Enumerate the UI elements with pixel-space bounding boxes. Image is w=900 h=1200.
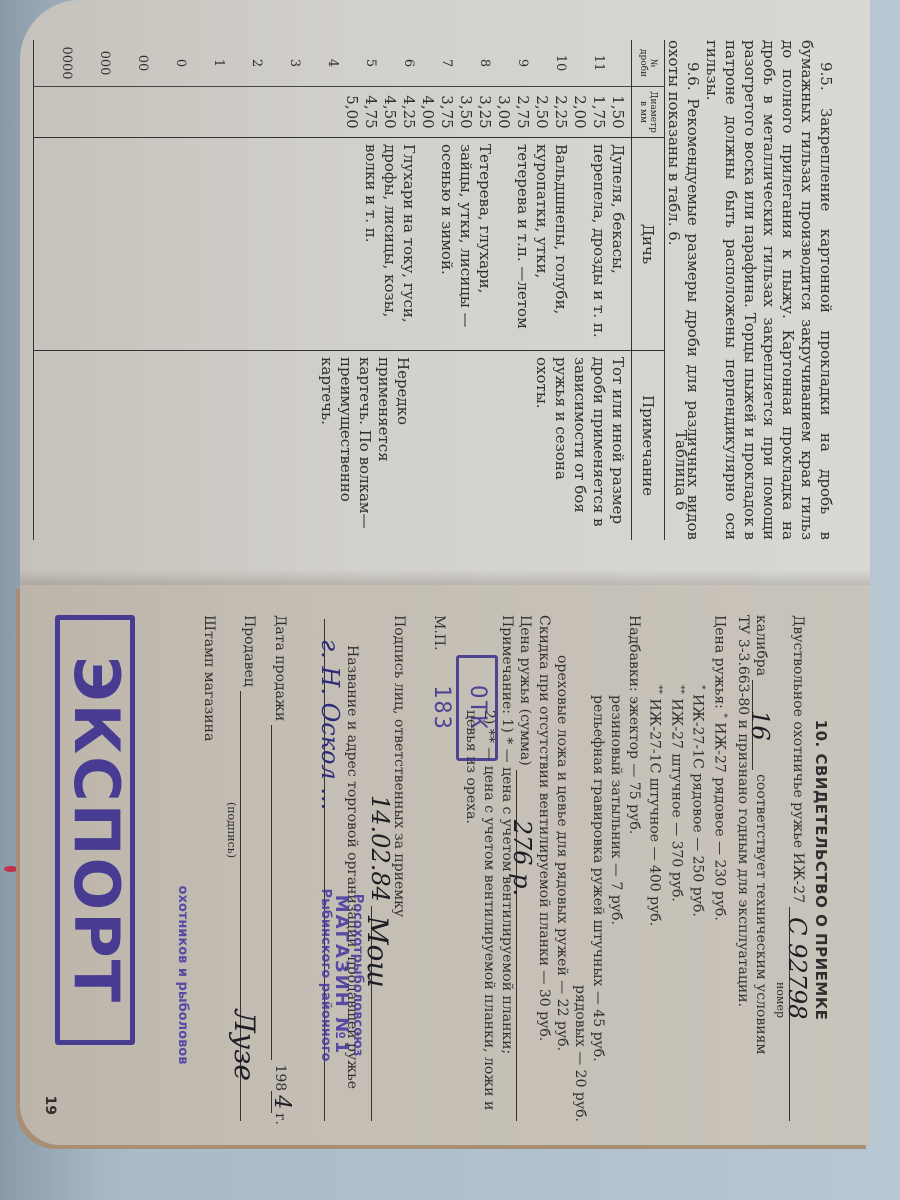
seller-line: Продавец Лузе [240,615,259,1125]
notes-label: Примечание: [499,615,515,714]
cell: 3,25 [475,93,494,131]
footnote-mark: ** [653,685,663,694]
left-page: 9.5. Закрепление картонной прокладки на … [20,0,870,585]
discount-line: Скидка при отсутствии вентилируемой план… [535,615,553,1125]
tu-line: ТУ 3-3.663-80 и признано годным для эксп… [734,615,752,1125]
price-text: ИЖ-27 штучное — 370 руб. [668,698,684,901]
total-handwritten: 276 р. [513,820,531,896]
acceptance-signature-field: Мош [371,906,390,1121]
game-group: Глухари на току, гуси, дрофы, лисицы, ко… [361,144,418,344]
paragraph-9-5: 9.5. Закрепление картонной прокладки на … [702,40,835,540]
shop-stamp-line: Рыбинского районного [317,825,333,1125]
cell: 000 [95,46,114,80]
gun-line-label: Двуствольное охотничье ружье ИЖ-27 [789,615,807,903]
header-note: Примечание [632,351,665,541]
price-heading: Цена ружья: [711,615,727,709]
cell: 11 [589,46,608,80]
game-column: Дупеля, бекасы, перепела, дрозды и т. п.… [34,138,632,351]
diameter-column: 1,50 1,75 2,00 2,25 2,50 2,75 3,00 3,25 … [34,87,632,138]
rotated-book-photo: 9.5. Закрепление картонной прокладки на … [0,0,900,1200]
serial-handwritten: С 92798 [788,917,806,1019]
cell: 3,00 [494,93,513,131]
seller-label: Продавец [240,615,258,687]
addon-text: ореховые ложа и цевье для рядовых ружей … [553,615,571,1125]
right-page: 10. СВИДЕТЕЛЬСТВО О ПРИЕМКЕ Двуствольное… [20,585,870,1145]
cell: 5 [361,46,380,80]
addon-text: рельефная гравировка ружей штучных — 45 … [589,615,607,1125]
header-diameter: Диаметр в мм [632,87,665,138]
table-caption: Таблица 6 [672,430,690,510]
cell: 1 [209,46,228,80]
open-booklet: 9.5. Закрепление картонной прокладки на … [10,0,870,1160]
price-text: ИЖ-27-1С штучное — 400 руб. [646,698,662,926]
game-group: Дупеля, бекасы, перепела, дрозды и т. п. [589,144,627,344]
addon-text: эжектор — 75 руб. [626,696,642,834]
note: Тот или иной размер дроби применяется в … [532,357,627,534]
seller-field: Лузе [240,691,259,1121]
cell: 0000 [57,46,76,80]
section-title: 10. СВИДЕТЕЛЬСТВО О ПРИЕМКЕ [812,615,830,1125]
caliber-suffix: соответствует техническим условиям [752,774,770,1054]
gun-model-line: Двуствольное охотничье ружье ИЖ-27 С 927… [789,615,808,1125]
caliber-line: калибра 16 соответствует техническим усл… [752,615,771,1125]
cell: 3,50 [456,93,475,131]
game-group: Вальдшнепы, голуби, куропатки, утки, тет… [513,144,570,344]
serial-label: номер [771,615,789,1125]
caliber-field: 16 [752,680,771,770]
cell: 4 [323,46,342,80]
cell: 3,75 [437,93,456,131]
total-field: 276 р. [516,770,535,1121]
total-label: Цена ружья (сумма) [516,615,534,766]
game-group: Тетерева, глухари, зайцы, утки, лисицы —… [437,144,494,344]
page-number: 19 [42,1096,58,1115]
cell: 5,00 [342,93,361,131]
price-text: ИЖ-27-1С рядовое — 250 руб. [690,694,706,917]
cell: 1,75 [589,93,608,131]
price-row: ** ИЖ-27 штучное — 370 руб. [667,615,689,1125]
note-column: Тот или иной размер дроби применяется в … [34,351,632,541]
addons-heading: Надбавки: [626,615,642,692]
cell: 3 [285,46,304,80]
footnote-mark: ** [675,685,685,694]
seller-signature: Лузе [235,1010,253,1081]
acceptance-signature: Мош [368,916,386,988]
sale-date-label: Дата продажи [271,615,289,721]
spacer [290,619,308,621]
sport-stamp: ЭКСПОРТ [55,615,135,1045]
cell: 1,50 [608,93,627,131]
serial-field: С 92798 [789,907,808,1121]
caliber-handwritten: 16 [751,710,769,741]
price-row: ** ИЖ-27-1С штучное — 400 руб. [645,615,667,1125]
cell: 6 [399,46,418,80]
addons-list: Надбавки: эжектор — 75 руб. резиновый за… [553,615,643,1125]
cell: 8 [475,46,494,80]
caliber-label: калибра [752,615,770,676]
addon-row: Надбавки: эжектор — 75 руб. [625,615,643,1125]
cell: 10 [551,46,570,80]
acceptance-date-handwritten: 14.02.84 [371,795,389,902]
otk-stamp: ОТК 183 [456,655,498,761]
footnote-mark: * [696,685,706,690]
price-list: Цена ружья: * ИЖ-27 рядовое — 230 руб. *… [645,615,732,1125]
cell: 2,25 [551,93,570,131]
cell: 2 [247,46,266,80]
addon-text: резиновый затыльник — 7 руб. [607,615,625,1125]
cell: 4,50 [380,93,399,131]
shop-stamp-line: охотников и рыболовов [175,815,190,1135]
cell: 4,75 [361,93,380,131]
cell: 2,00 [570,93,589,131]
cell: 2,75 [513,93,532,131]
cell: 00 [133,46,152,80]
addon-text: рядовых — 20 руб. [571,615,589,1125]
price-row: Цена ружья: * ИЖ-27 рядовое — 230 руб. [710,615,732,1125]
cell: 7 [437,46,456,80]
price-text: ИЖ-27 рядовое — 230 руб. [711,722,727,921]
header-game: Дичь [632,138,665,351]
cell: 0 [171,46,190,80]
shot-number-column: 11 10 9 8 7 6 5 4 3 2 1 0 00 [34,40,632,87]
store-stamp-label: Штамп магазина [200,615,218,1125]
header-shot-number: № дроби [632,40,665,87]
price-row: * ИЖ-27-1С рядовое — 250 руб. [689,615,711,1125]
shop-stamp-line: МАГАЗИН №1 [333,825,349,1125]
shot-size-table: № дроби Диаметр в мм Дичь Примечание 11 … [33,40,665,540]
cell: 4,25 [399,93,418,131]
cell: 9 [513,46,532,80]
total-line: Цена ружья (сумма) 276 р. [516,615,535,1125]
shop-handwritten: г. Н. Оскол ... [321,639,339,810]
footnote-mark: * [718,713,728,718]
acceptance-signature-line: 14.02.84 Мош [371,615,390,1125]
note: Нередко применяется картечь. По волкам— … [317,357,412,534]
cell: 4,00 [418,93,437,131]
shop-stamp: Росохотрыболовсоюз МАГАЗИН №1 Рыбинского… [270,825,365,1125]
cell: 2,50 [532,93,551,131]
